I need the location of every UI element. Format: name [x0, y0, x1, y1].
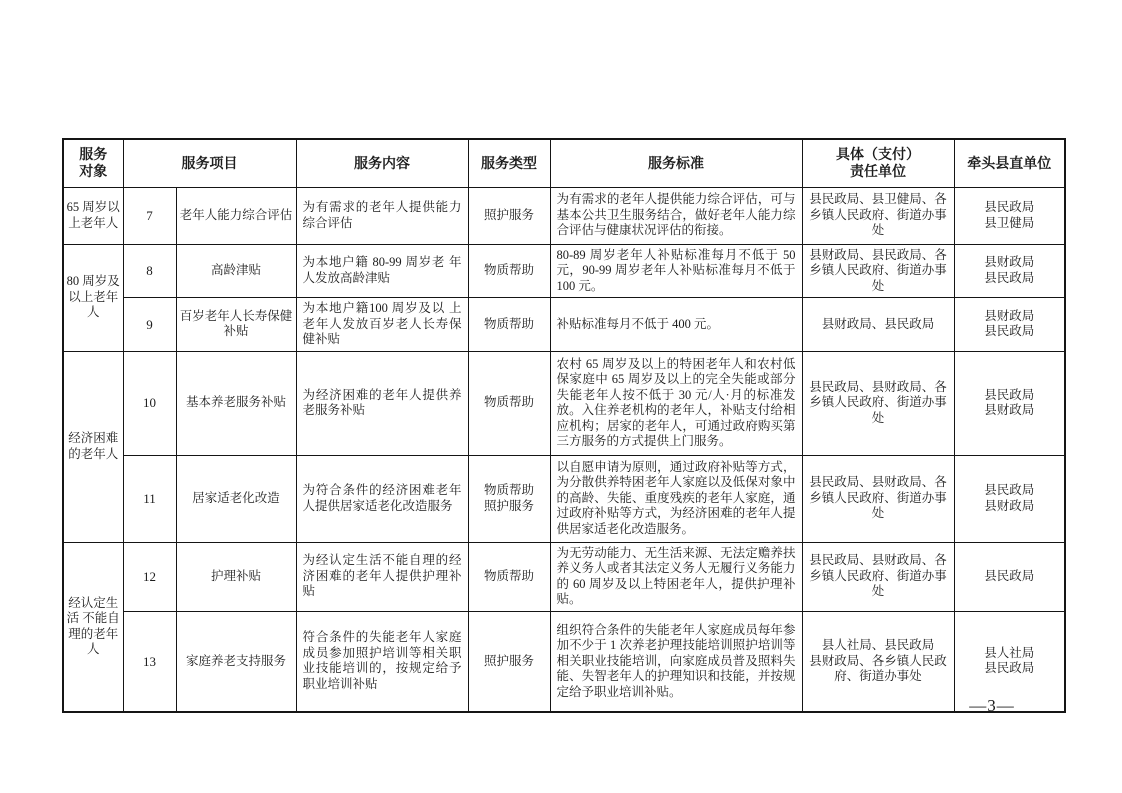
cell-service-content: 为本地户籍100 周岁及以 上老年人发放百岁老人长寿保健补贴: [296, 298, 468, 352]
cell-service-standard: 组织符合条件的失能老年人家庭成员每年参加不少于 1 次养老护理技能培训照护培训等…: [550, 611, 802, 712]
cell-service-standard: 为无劳动能力、无生活来源、无法定赡养扶养义务人或者其法定义务人无履行义务能力的 …: [550, 542, 802, 611]
table-row: 65 周岁以上老年人7老年人能力综合评估为有需求的老年人提供能力综合评估照护服务…: [63, 187, 1065, 244]
cell-number: 11: [123, 455, 176, 542]
cell-service-type: 照护服务: [468, 187, 550, 244]
cell-service-item: 居家适老化改造: [176, 455, 296, 542]
cell-service-type: 物质帮助: [468, 351, 550, 455]
cell-lead-unit: 县民政局 县财政局: [954, 351, 1065, 455]
cell-service-content: 为符合条件的经济困难老年人提供居家适老化改造服务: [296, 455, 468, 542]
header-service-content: 服务内容: [296, 139, 468, 187]
cell-number: 10: [123, 351, 176, 455]
cell-service-item: 老年人能力综合评估: [176, 187, 296, 244]
cell-lead-unit: 县财政局 县民政局: [954, 244, 1065, 298]
page-number: —3—: [950, 696, 1034, 716]
table-header-row: 服务 对象 服务项目 服务内容 服务类型 服务标准 具体（支付） 责任单位 牵头…: [63, 139, 1065, 187]
cell-service-standard: 农村 65 周岁及以上的特困老年人和农村低保家庭中 65 周岁及以上的完全失能或…: [550, 351, 802, 455]
header-responsible-unit: 具体（支付） 责任单位: [802, 139, 954, 187]
table-body: 65 周岁以上老年人7老年人能力综合评估为有需求的老年人提供能力综合评估照护服务…: [63, 187, 1065, 712]
cell-number: 9: [123, 298, 176, 352]
cell-service-type: 物质帮助 照护服务: [468, 455, 550, 542]
cell-responsible-unit: 县民政局、县财政局、各乡镇人民政府、街道办事处: [802, 455, 954, 542]
cell-service-object: 65 周岁以上老年人: [63, 187, 123, 244]
cell-service-item: 百岁老年人长寿保健补贴: [176, 298, 296, 352]
cell-lead-unit: 县财政局 县民政局: [954, 298, 1065, 352]
cell-responsible-unit: 县民政局、县卫健局、各乡镇人民政府、街道办事处: [802, 187, 954, 244]
cell-lead-unit: 县民政局 县财政局: [954, 455, 1065, 542]
cell-responsible-unit: 县民政局、县财政局、各乡镇人民政府、街道办事处: [802, 542, 954, 611]
cell-service-content: 符合条件的失能老年人家庭成员参加照护培训等相关职业技能培训的，按规定给予职业培训…: [296, 611, 468, 712]
cell-service-content: 为本地户籍 80-99 周岁老 年人发放高龄津贴: [296, 244, 468, 298]
cell-lead-unit: 县民政局 县卫健局: [954, 187, 1065, 244]
cell-service-item: 基本养老服务补贴: [176, 351, 296, 455]
cell-service-type: 物质帮助: [468, 542, 550, 611]
cell-service-standard: 补贴标准每月不低于 400 元。: [550, 298, 802, 352]
cell-service-standard: 以自愿申请为原则，通过政府补贴等方式，为分散供养特困老年人家庭以及低保对象中的高…: [550, 455, 802, 542]
cell-responsible-unit: 县人社局、县民政局 县财政局、各乡镇人民政府、街道办事处: [802, 611, 954, 712]
cell-service-item: 高龄津贴: [176, 244, 296, 298]
header-service-type: 服务类型: [468, 139, 550, 187]
header-service-standard: 服务标准: [550, 139, 802, 187]
table-row: 80 周岁及以上老年人8高龄津贴为本地户籍 80-99 周岁老 年人发放高龄津贴…: [63, 244, 1065, 298]
cell-service-content: 为有需求的老年人提供能力综合评估: [296, 187, 468, 244]
cell-responsible-unit: 县财政局、县民政局、各乡镇人民政府、街道办事处: [802, 244, 954, 298]
cell-lead-unit: 县民政局: [954, 542, 1065, 611]
service-table: 服务 对象 服务项目 服务内容 服务类型 服务标准 具体（支付） 责任单位 牵头…: [62, 138, 1066, 713]
cell-service-type: 物质帮助: [468, 298, 550, 352]
cell-service-standard: 80-89 周岁老年人补贴标准每月不低于 50 元，90-99 周岁老年人补贴标…: [550, 244, 802, 298]
cell-service-content: 为经认定生活不能自理的经济困难的老年人提供护理补贴: [296, 542, 468, 611]
cell-responsible-unit: 县民政局、县财政局、各乡镇人民政府、街道办事处: [802, 351, 954, 455]
cell-service-type: 照护服务: [468, 611, 550, 712]
table-row: 经济困难的老年人10基本养老服务补贴为经济困难的老年人提供养老服务补贴物质帮助农…: [63, 351, 1065, 455]
cell-service-object: 80 周岁及以上老年人: [63, 244, 123, 351]
cell-service-object: 经济困难的老年人: [63, 351, 123, 542]
header-service-object: 服务 对象: [63, 139, 123, 187]
cell-service-content: 为经济困难的老年人提供养老服务补贴: [296, 351, 468, 455]
cell-responsible-unit: 县财政局、县民政局: [802, 298, 954, 352]
cell-number: 7: [123, 187, 176, 244]
table-row: 经认定生活 不能自理的老年人12护理补贴为经认定生活不能自理的经济困难的老年人提…: [63, 542, 1065, 611]
cell-number: 12: [123, 542, 176, 611]
header-service-item: 服务项目: [123, 139, 296, 187]
cell-service-object: 经认定生活 不能自理的老年人: [63, 542, 123, 712]
cell-service-type: 物质帮助: [468, 244, 550, 298]
table-row: 9百岁老年人长寿保健补贴为本地户籍100 周岁及以 上老年人发放百岁老人长寿保健…: [63, 298, 1065, 352]
table-row: 13家庭养老支持服务符合条件的失能老年人家庭成员参加照护培训等相关职业技能培训的…: [63, 611, 1065, 712]
cell-number: 8: [123, 244, 176, 298]
cell-service-standard: 为有需求的老年人提供能力综合评估，可与基本公共卫生服务结合，做好老年人能力综合评…: [550, 187, 802, 244]
document-page: 服务 对象 服务项目 服务内容 服务类型 服务标准 具体（支付） 责任单位 牵头…: [0, 0, 1122, 793]
cell-service-item: 护理补贴: [176, 542, 296, 611]
table-row: 11居家适老化改造为符合条件的经济困难老年人提供居家适老化改造服务物质帮助 照护…: [63, 455, 1065, 542]
cell-number: 13: [123, 611, 176, 712]
cell-service-item: 家庭养老支持服务: [176, 611, 296, 712]
header-lead-unit: 牵头县直单位: [954, 139, 1065, 187]
